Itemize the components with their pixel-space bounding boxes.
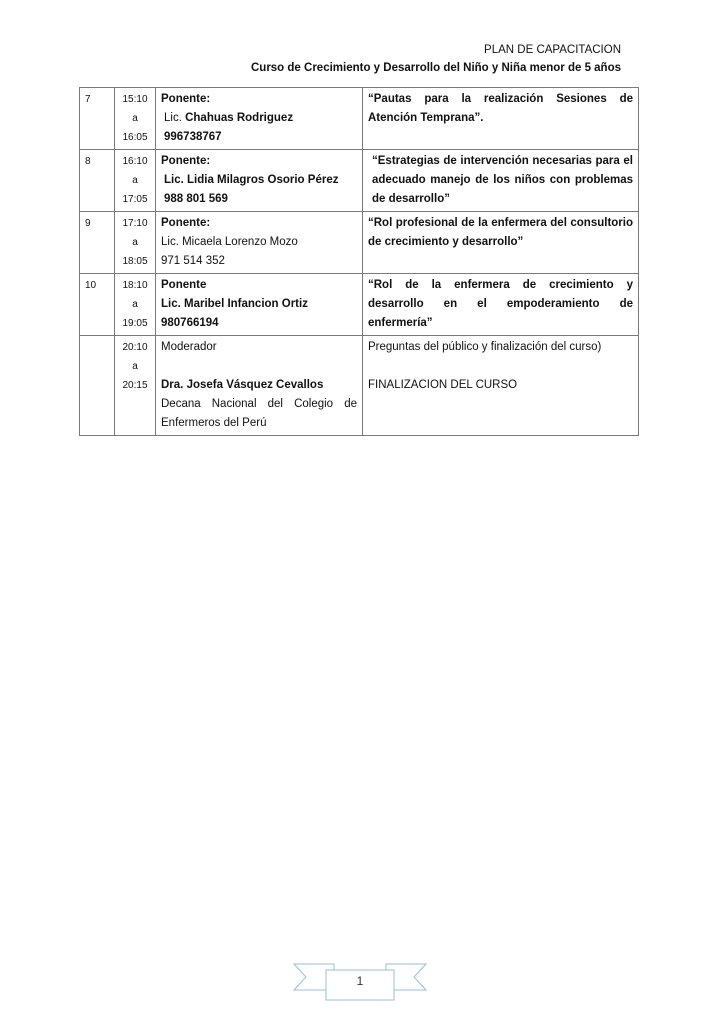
speaker-cell: Ponente: Lic. Chahuas Rodriguez 99673876… bbox=[156, 88, 363, 150]
moderator-role: Moderador bbox=[161, 338, 357, 357]
moderator-name: Dra. Josefa Vásquez Cevallos bbox=[161, 376, 357, 395]
schedule-table: 7 15:10 a 16:05 Ponente: Lic. Chahuas Ro… bbox=[79, 87, 639, 436]
time-end: 18:05 bbox=[120, 252, 150, 271]
page-number: 1 bbox=[290, 974, 430, 988]
time-start: 20:10 bbox=[120, 338, 150, 357]
speaker-phone: 980766194 bbox=[161, 314, 357, 333]
session-number bbox=[80, 336, 115, 436]
session-number: 7 bbox=[80, 88, 115, 150]
time-separator: a bbox=[120, 357, 150, 376]
closing-finalization: FINALIZACION DEL CURSO bbox=[368, 376, 633, 395]
moderator-cell: Moderador Dra. Josefa Vásquez Cevallos D… bbox=[156, 336, 363, 436]
closing-questions: Preguntas del público y finalización del… bbox=[368, 338, 633, 357]
time-separator: a bbox=[120, 295, 150, 314]
speaker-cell: Ponente: Lic. Lidia Milagros Osorio Pére… bbox=[156, 150, 363, 212]
session-topic: “Rol profesional de la enfermera del con… bbox=[363, 212, 639, 274]
speaker-phone: 971 514 352 bbox=[161, 252, 357, 271]
speaker-title: Lic. bbox=[164, 112, 185, 124]
session-number: 8 bbox=[80, 150, 115, 212]
time-start: 16:10 bbox=[120, 152, 150, 171]
spacer bbox=[161, 357, 357, 376]
time-end: 19:05 bbox=[120, 314, 150, 333]
speaker-name-line: Lic. Chahuas Rodriguez bbox=[161, 109, 357, 128]
table-row: 7 15:10 a 16:05 Ponente: Lic. Chahuas Ro… bbox=[80, 88, 639, 150]
time-end: 20:15 bbox=[120, 376, 150, 395]
time-end: 17:05 bbox=[120, 190, 150, 209]
speaker-name: Lic. Lidia Milagros Osorio Pérez bbox=[161, 171, 357, 190]
speaker-cell: Ponente: Lic. Micaela Lorenzo Mozo 971 5… bbox=[156, 212, 363, 274]
speaker-phone: 996738767 bbox=[161, 128, 357, 147]
session-number: 9 bbox=[80, 212, 115, 274]
speaker-phone: 988 801 569 bbox=[161, 190, 357, 209]
spacer bbox=[368, 357, 633, 376]
table-row-closing: 20:10 a 20:15 Moderador Dra. Josefa Vásq… bbox=[80, 336, 639, 436]
document-header-title: PLAN DE CAPACITACION bbox=[484, 44, 621, 56]
session-topic: “Pautas para la realización Sesiones de … bbox=[363, 88, 639, 150]
speaker-name: Lic. Maribel Infancion Ortiz bbox=[161, 295, 357, 314]
moderator-position: Decana Nacional del Colegio de Enfermero… bbox=[161, 395, 357, 433]
table-row: 8 16:10 a 17:05 Ponente: Lic. Lidia Mila… bbox=[80, 150, 639, 212]
speaker-name: Chahuas Rodriguez bbox=[185, 112, 293, 124]
session-topic: “Rol de la enfermera de crecimiento y de… bbox=[363, 274, 639, 336]
session-time: 20:10 a 20:15 bbox=[115, 336, 156, 436]
table-row: 9 17:10 a 18:05 Ponente: Lic. Micaela Lo… bbox=[80, 212, 639, 274]
speaker-role: Ponente bbox=[161, 276, 357, 295]
time-start: 17:10 bbox=[120, 214, 150, 233]
closing-topic-cell: Preguntas del público y finalización del… bbox=[363, 336, 639, 436]
session-time: 16:10 a 17:05 bbox=[115, 150, 156, 212]
time-separator: a bbox=[120, 109, 150, 128]
page-number-footer: 1 bbox=[290, 960, 430, 1002]
session-time: 15:10 a 16:05 bbox=[115, 88, 156, 150]
document-header-subtitle: Curso de Crecimiento y Desarrollo del Ni… bbox=[251, 62, 621, 74]
time-separator: a bbox=[120, 171, 150, 190]
time-end: 16:05 bbox=[120, 128, 150, 147]
time-start: 18:10 bbox=[120, 276, 150, 295]
session-time: 18:10 a 19:05 bbox=[115, 274, 156, 336]
time-start: 15:10 bbox=[120, 90, 150, 109]
speaker-role: Ponente: bbox=[161, 214, 357, 233]
speaker-cell: Ponente Lic. Maribel Infancion Ortiz 980… bbox=[156, 274, 363, 336]
time-separator: a bbox=[120, 233, 150, 252]
speaker-role: Ponente: bbox=[161, 90, 357, 109]
session-number: 10 bbox=[80, 274, 115, 336]
speaker-name: Lic. Micaela Lorenzo Mozo bbox=[161, 233, 357, 252]
table-row: 10 18:10 a 19:05 Ponente Lic. Maribel In… bbox=[80, 274, 639, 336]
session-time: 17:10 a 18:05 bbox=[115, 212, 156, 274]
session-topic: “Estrategias de intervención necesarias … bbox=[363, 150, 639, 212]
speaker-role: Ponente: bbox=[161, 152, 357, 171]
